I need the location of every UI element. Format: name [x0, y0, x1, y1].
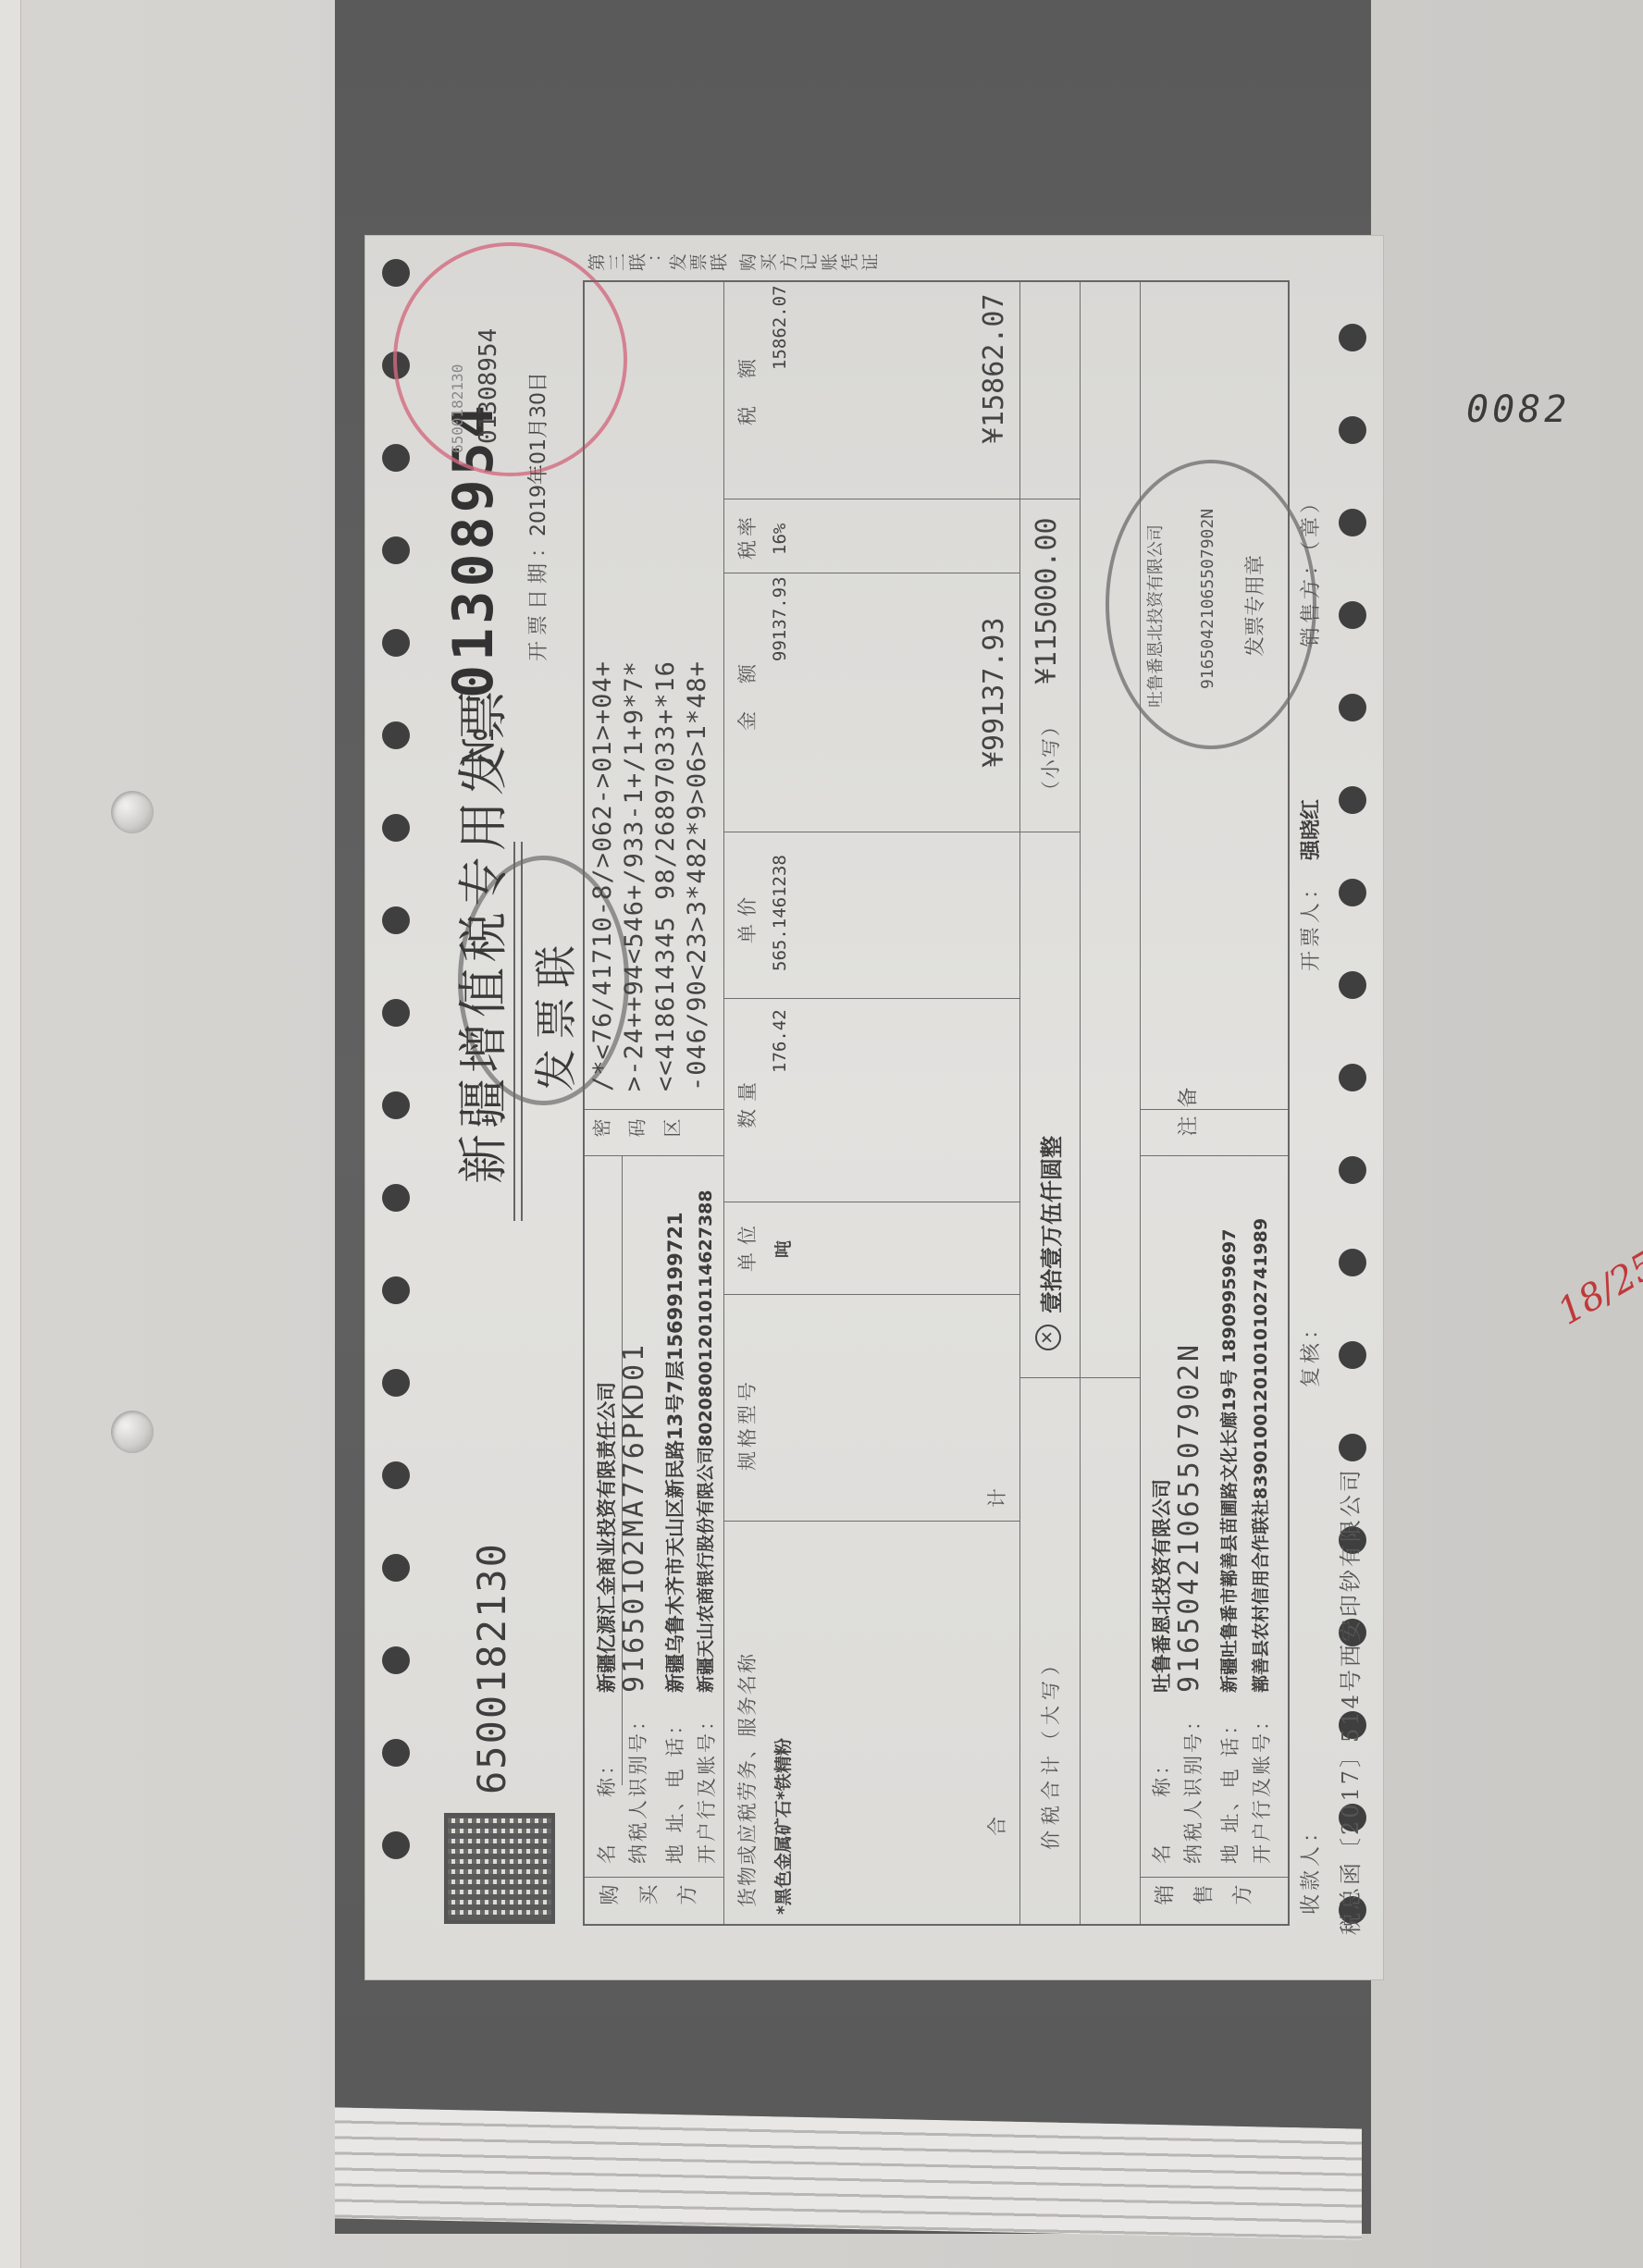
invoice-number-label: № — [453, 727, 503, 768]
punch-hole — [111, 1411, 154, 1453]
item-unit: 吨 — [770, 1240, 795, 1258]
col-item-name: 货物或应税劳务、服务名称 — [733, 1652, 760, 1907]
seller-bank-label: 开户行及账号： — [1247, 1708, 1275, 1864]
buyer-side-label: 购买方 — [599, 1882, 715, 1911]
payee-label: 收款人： — [1295, 1818, 1324, 1915]
invoice-code: 6500182130 — [469, 1542, 514, 1794]
handwritten-note: 18/25 — [1550, 1243, 1643, 1333]
printer-imprint: 税总函〔2017〕514号西安印钞有限公司 — [1332, 1467, 1365, 1935]
page-edge — [0, 0, 21, 2268]
buyer-address-label: 地 址、电 话： — [661, 1713, 688, 1864]
seal-company: 吐鲁番恩北投资有限公司 — [1143, 524, 1167, 708]
invoice-holder: 6500182130 新疆增值税专用发票 发票联 № 01308954 6500… — [365, 236, 1383, 1979]
col-unit-price: 单价 — [733, 890, 760, 943]
reviewer-label: 复核： — [1295, 1315, 1324, 1387]
archive-page: 0082 18/25 — [0, 0, 1643, 2268]
issue-date: 2019年01月30日 — [523, 372, 551, 536]
cipher-line: -046/90<23>3*482*9>06>1*48+ — [683, 660, 711, 1091]
title-rule — [513, 842, 523, 1221]
vat-invoice: 6500182130 新疆增值税专用发票 发票联 № 01308954 6500… — [365, 236, 1383, 1979]
total-amount: ¥99137.93 — [978, 617, 1010, 768]
cipher-line: /*<76/41710-8/>062->01>+04+ — [588, 660, 617, 1091]
cipher-area-label: 密码区 — [592, 1116, 698, 1142]
buyer-bank-label: 开户行及账号： — [692, 1708, 720, 1864]
item-unit-price: 565.1461238 — [770, 855, 790, 971]
invoice-subtitle: 发票联 — [523, 936, 584, 1091]
punch-hole — [111, 791, 154, 833]
seal-caption: 发票专用章 — [1240, 555, 1268, 657]
item-quantity: 176.42 — [770, 1009, 790, 1073]
cipher-line: >-24++94<546+/933-1+/1+9*7* — [620, 660, 649, 1091]
seller-tax-id-label: 纳税人识别号： — [1179, 1708, 1206, 1864]
seller-name-label: 名 称： — [1147, 1753, 1175, 1864]
drawer-label: 开票人： — [1295, 875, 1324, 971]
seller-side-label: 销售方 — [1154, 1882, 1270, 1911]
seller-tax-id: 91650421065507902N — [1173, 1342, 1205, 1693]
seal-tax-id: 91650421065507902N — [1198, 509, 1217, 689]
qr-code — [444, 1813, 555, 1924]
cross-circle-icon: ✕ — [1035, 1325, 1061, 1350]
stacked-sheets — [335, 2107, 1362, 2239]
archive-page-number: 0082 — [1466, 388, 1570, 431]
buyer-name-label: 名 称： — [592, 1753, 620, 1864]
total-with-tax-label: 价税合计（大写） — [1036, 1650, 1064, 1850]
totals-label: 合 计 — [982, 1442, 1010, 1836]
item-amount: 99137.93 — [770, 576, 790, 661]
col-amount: 金额 — [733, 636, 760, 731]
sprocket-holes-top — [382, 236, 410, 1979]
printed-invoice-code: 6500182130 — [449, 364, 466, 453]
issue-date-label: 开票日期： — [523, 532, 551, 661]
seller-stamp-label: 销售方：（章） — [1295, 489, 1324, 647]
cipher-line: <<418614345 98/26897033+*16 — [651, 660, 680, 1091]
total-in-words: 壹拾壹万伍仟圆整 — [1033, 1136, 1066, 1313]
buyer-address-phone: 新疆乌鲁木齐市天山区新民路13号7层15699199721 — [661, 1212, 688, 1693]
buyer-tax-id: 916501O2MA776PKD01 — [618, 1342, 650, 1693]
buyer-tax-id-label: 纳税人识别号： — [624, 1708, 651, 1864]
seller-bank-account: 鄯善县农村信用合作联社83901001201010102741989 — [1247, 1218, 1272, 1693]
seller-address-label: 地 址、电 话： — [1216, 1713, 1243, 1864]
seller-name: 吐鲁番恩北投资有限公司 — [1147, 1479, 1175, 1693]
col-quantity: 数量 — [733, 1075, 760, 1128]
seller-address-phone: 新疆吐鲁番市鄯善县苗圃路文化长廊19号 18909959697 — [1216, 1229, 1241, 1693]
col-spec: 规格型号 — [733, 1378, 760, 1471]
printed-invoice-number: 01308954 — [475, 328, 502, 444]
small-figure-label: （小写） — [1036, 715, 1064, 800]
remarks-label: 备注 — [1177, 1085, 1288, 1142]
total-in-figures: ¥115000.00 — [1031, 517, 1063, 684]
item-tax-rate: 16% — [770, 524, 790, 555]
buyer-bank-account: 新疆天山农商银行股份有限公司802080012010114627388 — [692, 1189, 717, 1693]
item-name: *黑色金属矿石*铁精粉 — [770, 1738, 795, 1915]
total-tax: ¥15862.07 — [978, 293, 1010, 444]
copy-label: 第三联：发票联 购买方记账凭证 — [587, 251, 881, 276]
col-tax-rate: 税率 — [733, 513, 760, 560]
item-tax: 15862.07 — [770, 285, 790, 370]
col-tax: 税额 — [733, 331, 760, 425]
drawer: 强晓红 — [1295, 799, 1324, 860]
buyer-name: 新疆亿源汇金商业投资有限责任公司 — [592, 1382, 620, 1693]
col-unit: 单位 — [733, 1218, 760, 1272]
